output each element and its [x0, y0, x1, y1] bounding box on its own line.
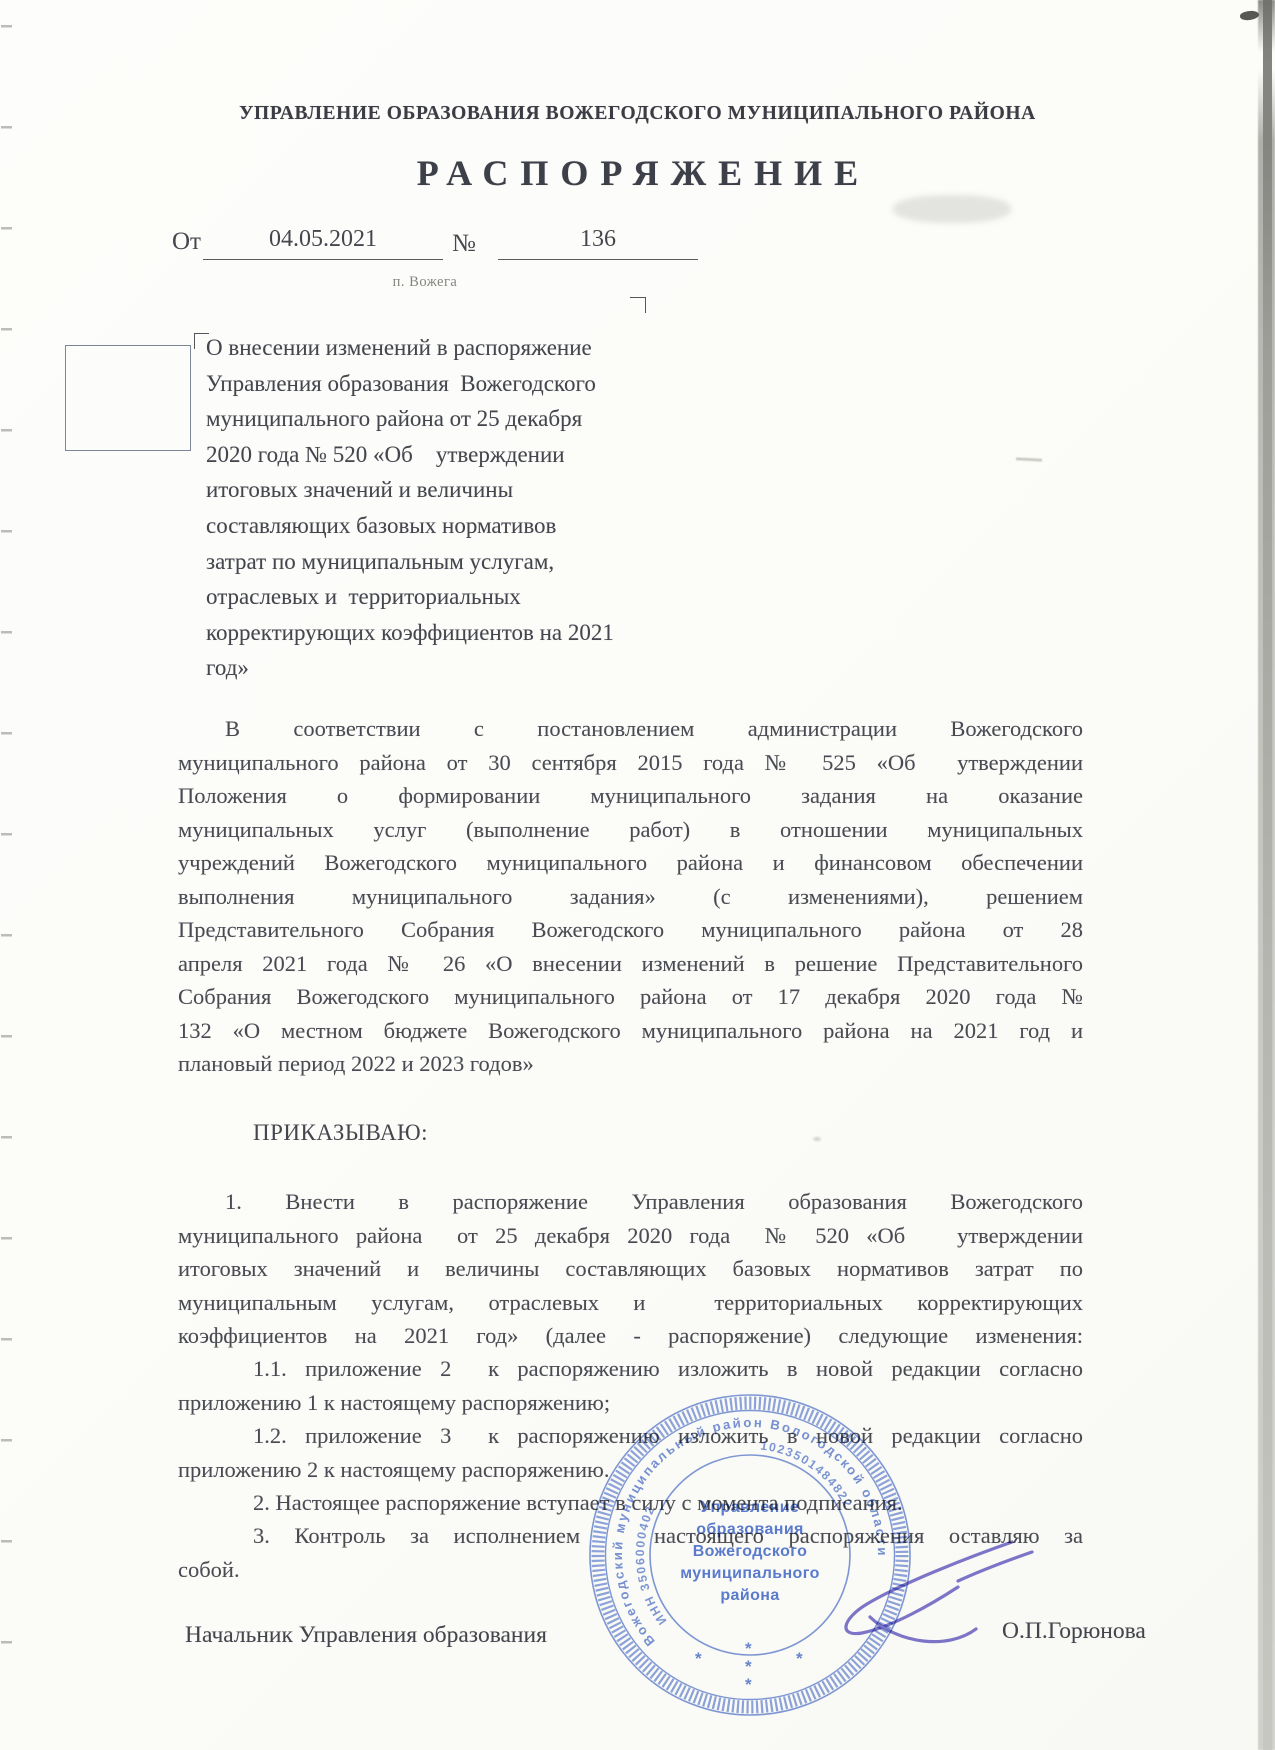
stamp-star-center-1: * [745, 1639, 752, 1658]
stamp-star-center-3: * [745, 1675, 752, 1694]
scan-left-edge-ticks [1, 25, 12, 1725]
corner-mark-top-right [630, 297, 646, 313]
handwritten-signature [780, 1420, 1060, 1660]
item1-justified-lines: 1. Внести в распоряжение Управления обра… [178, 1185, 1083, 1353]
stamp-star-left: * [695, 1649, 702, 1668]
order-keyword: ПРИКАЗЫВАЮ: [253, 1120, 853, 1146]
date-number-line: От 04.05.2021 № 136 [0, 226, 1275, 266]
document-subject: О внесении изменений в распоряжение Упра… [206, 330, 676, 686]
signer-position: Начальник Управления образования [185, 1622, 547, 1649]
scan-edge-shadow-core [1263, 0, 1272, 1750]
date-label: От [172, 228, 201, 256]
place-name: п. Вожега [360, 274, 490, 291]
preamble-paragraph: В соответствии с постановлением админист… [178, 712, 1083, 1081]
date-value: 04.05.2021 [203, 226, 443, 260]
stamp-star-center-2: * [745, 1657, 752, 1676]
number-value: 136 [498, 226, 698, 260]
scan-smudge-ghost [893, 195, 1011, 223]
signature-stroke-loop [870, 1617, 976, 1642]
preamble-last-line: плановый период 2022 и 2023 годов» [178, 1047, 1083, 1081]
number-label: № [452, 230, 476, 258]
document-type-title: РАСПОРЯЖЕНИЕ [85, 152, 1190, 194]
registration-box [65, 345, 191, 451]
scan-corner-blot [1239, 10, 1259, 22]
scan-tiny-mark [813, 1137, 821, 1141]
scanned-document-page: УПРАВЛЕНИЕ ОБРАЗОВАНИЯ ВОЖЕГОДСКОГО МУНИ… [0, 0, 1275, 1750]
scan-smudge-dash [1016, 457, 1042, 461]
item1-1-justified-line: 1.1. приложение 2 к распоряжению изложит… [178, 1352, 1083, 1386]
preamble-justified-lines: В соответствии с постановлением админист… [178, 712, 1083, 1047]
order-item-1: 1. Внести в распоряжение Управления обра… [178, 1185, 1083, 1353]
organization-name: УПРАВЛЕНИЕ ОБРАЗОВАНИЯ ВОЖЕГОДСКОГО МУНИ… [85, 103, 1190, 125]
